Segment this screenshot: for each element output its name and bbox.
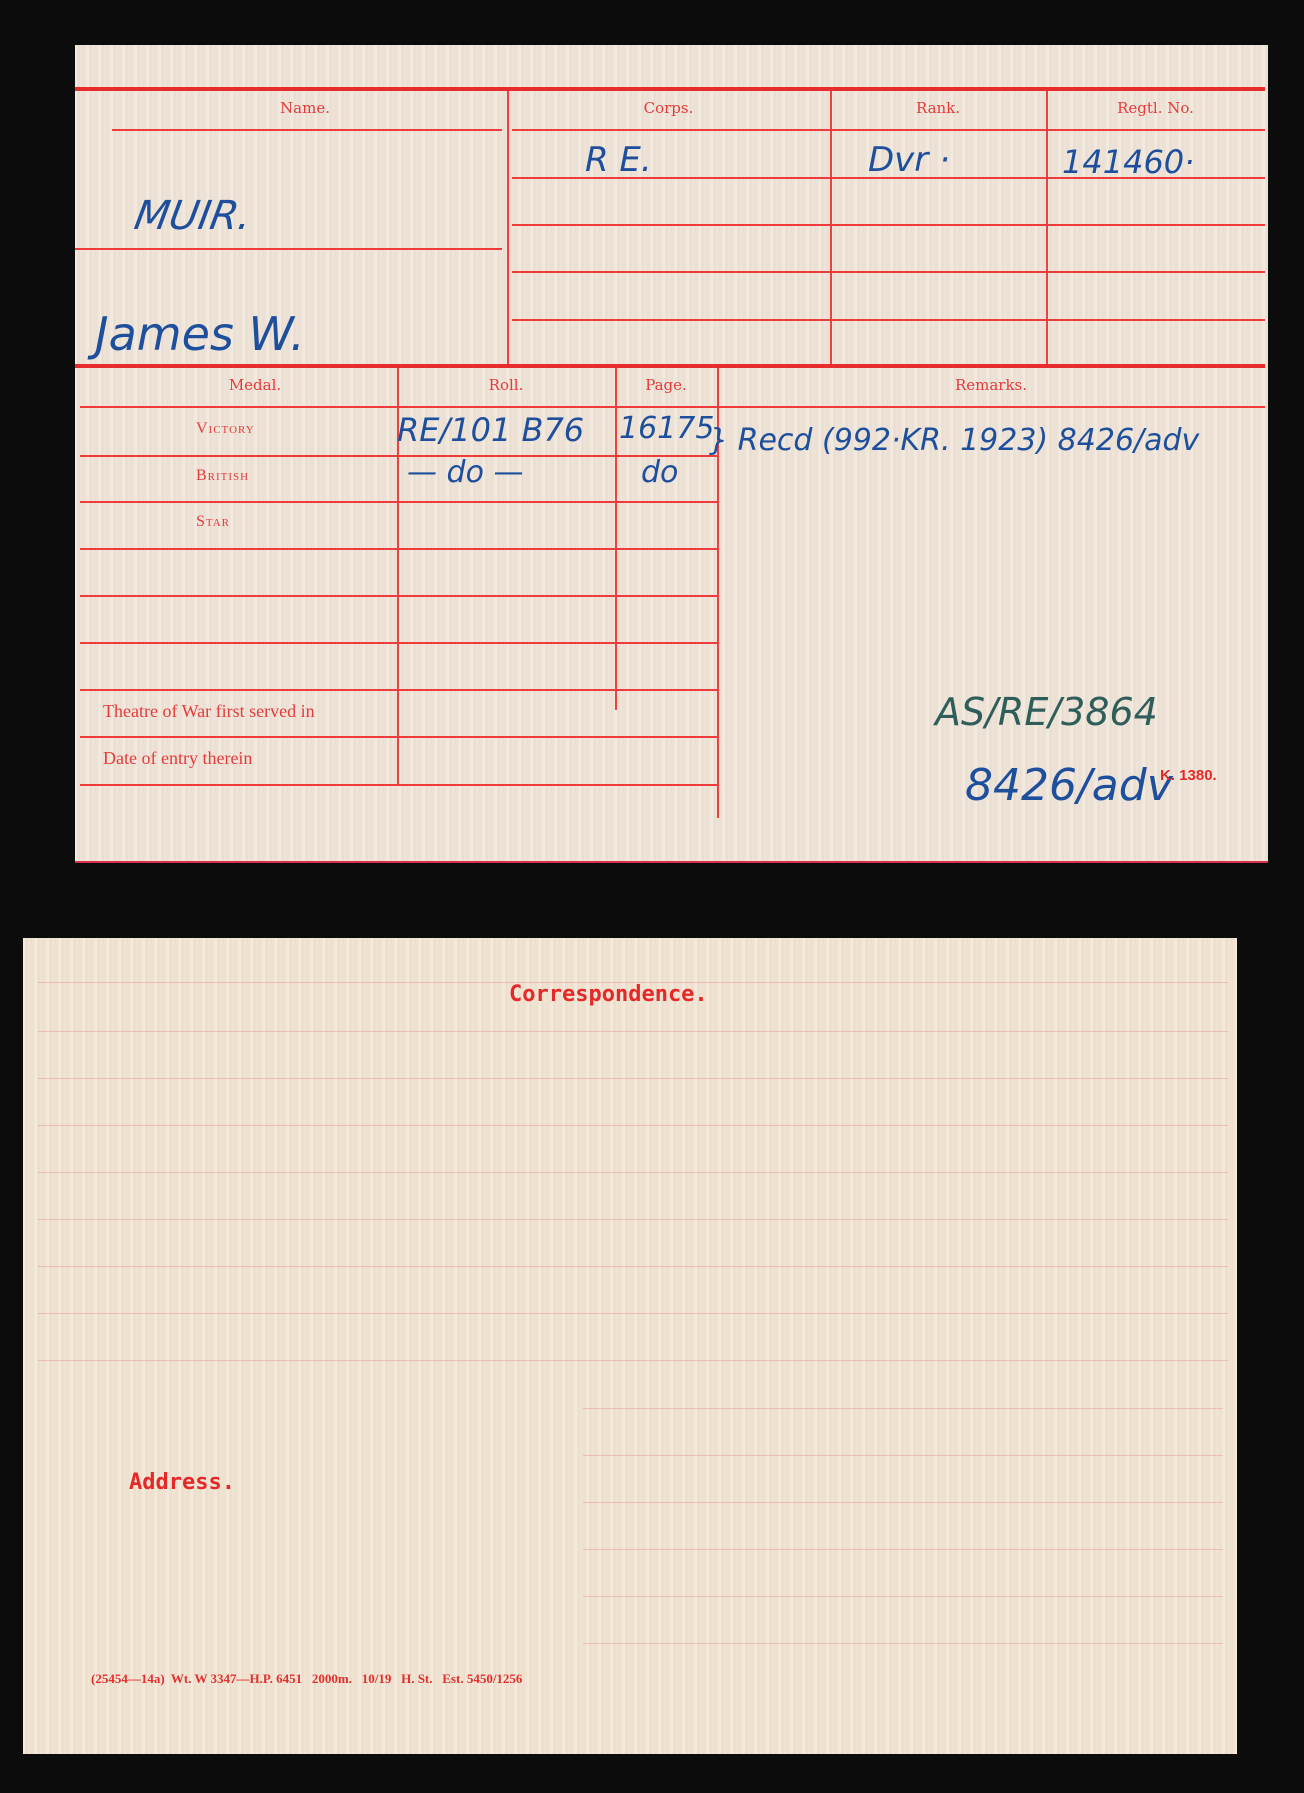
faint-rule [583, 1549, 1223, 1550]
roll-british: — do — [407, 455, 523, 490]
grid-rule-4 [512, 271, 1265, 273]
header-roll: Roll. [397, 376, 615, 394]
page-british: do [641, 455, 678, 490]
divider-corps-rank [830, 91, 832, 365]
header-remarks: Remarks. [717, 376, 1265, 394]
correspondence-heading: Correspondence. [509, 982, 708, 1007]
top-rule [75, 87, 1265, 91]
forenames-entry: James W. [95, 307, 305, 361]
medal-rule-5 [80, 595, 717, 597]
corps-entry: R E. [585, 140, 652, 180]
faint-rule [38, 1266, 1228, 1267]
medal-label-star: Star [196, 513, 230, 531]
header-medal: Medal. [115, 376, 395, 394]
grid-rule-5 [512, 319, 1265, 321]
header-rank: Rank. [830, 99, 1046, 117]
printer-imprint: (25454—14a) Wt. W 3347—H.P. 6451 2000m. … [91, 1671, 522, 1687]
faint-rule [38, 1078, 1228, 1079]
faint-rule [583, 1502, 1223, 1503]
faint-rule [583, 1643, 1223, 1644]
surname-entry: MUIR. [131, 193, 255, 239]
roll-victory: RE/101 B76 [397, 411, 584, 449]
faint-rule [583, 1455, 1223, 1456]
faint-rule [38, 1125, 1228, 1126]
medal-rule-2 [80, 455, 717, 457]
annotation-bottom: 8426/adv [965, 760, 1173, 811]
medal-rule-3 [80, 501, 717, 503]
medal-rule-1 [80, 406, 1265, 408]
medal-rule-7 [80, 689, 717, 691]
medal-index-card-back: Correspondence. Address. (25454—14a) Wt.… [23, 938, 1237, 1754]
annotation-reference: AS/RE/3864 [935, 690, 1158, 734]
divider-name-corps [507, 91, 509, 365]
medal-label-victory: Victory [196, 420, 255, 438]
date-of-entry-label: Date of entry therein [103, 748, 252, 769]
grid-rule-3 [512, 224, 1265, 226]
medal-rule-4 [80, 548, 717, 550]
header-corps: Corps. [507, 99, 830, 117]
medal-rule-6 [80, 642, 717, 644]
medal-rule-8 [80, 736, 717, 738]
faint-rule [38, 1219, 1228, 1220]
medal-index-card-front: Name. Corps. Rank. Regtl. No. MUIR. Jame… [75, 45, 1268, 863]
divider-rank-regtl [1046, 91, 1048, 365]
form-code: K. 1380. [1160, 767, 1217, 784]
faint-rule [38, 1172, 1228, 1173]
header-page: Page. [615, 376, 717, 394]
medal-label-british: British [196, 467, 249, 485]
remarks-entry: } Recd (992·KR. 1923) 8426/adv [709, 423, 1199, 458]
rank-entry: Dvr · [868, 140, 950, 180]
address-label: Address. [129, 1470, 235, 1495]
theatre-label: Theatre of War first served in [103, 701, 315, 722]
faint-rule [38, 1360, 1228, 1361]
header-name: Name. [145, 99, 465, 117]
faint-rule [38, 1313, 1228, 1314]
faint-rule [583, 1408, 1223, 1409]
divider-roll-page [615, 368, 617, 710]
grid-rule-1 [512, 129, 1265, 131]
name-line [75, 248, 502, 250]
medal-rule-9 [80, 784, 717, 786]
regtl-no-entry: 141460· [1062, 143, 1194, 181]
faint-rule [583, 1596, 1223, 1597]
faint-rule [38, 1031, 1228, 1032]
mid-rule [75, 364, 1265, 368]
name-header-rule [112, 129, 502, 131]
page-victory: 16175 [619, 411, 714, 446]
header-regtl-no: Regtl. No. [1046, 99, 1265, 117]
